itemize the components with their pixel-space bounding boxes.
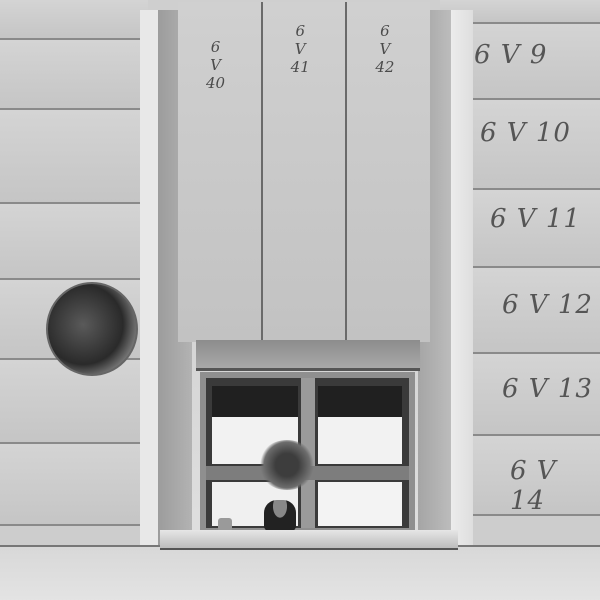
window-lintel [196, 340, 420, 371]
board-marking: 6 V 12 [502, 290, 593, 320]
board-marking: 6 V 11 [490, 204, 581, 234]
board [0, 204, 148, 280]
lower-wall [0, 545, 600, 600]
shutter-plank: 6 V 41 [263, 2, 348, 342]
window-sill [160, 530, 458, 550]
plant [258, 440, 316, 490]
board [0, 444, 148, 526]
board [0, 40, 148, 110]
shutter-plank: 6 V 42 [347, 2, 430, 342]
board-marking: 6 V 10 [480, 118, 571, 148]
window-pane [318, 386, 402, 464]
plank-marking: 6 V 40 [206, 38, 225, 92]
shutter-plank: 6 V 40 [178, 2, 263, 342]
window-pane [318, 482, 402, 526]
plank-marking: 6 V 41 [291, 22, 310, 76]
left-siding [0, 0, 148, 545]
plank-marking: 6 V 42 [375, 22, 394, 76]
board [0, 110, 148, 204]
board [0, 0, 148, 40]
photograph: 6 V 9 6 V 10 6 V 11 6 V 12 6 V 13 6 V 14… [0, 0, 600, 600]
picture-medallion [46, 282, 138, 376]
board-marking: 6 V 14 [510, 456, 600, 516]
vase [264, 500, 296, 532]
shutter: 6 V 40 6 V 41 6 V 42 [178, 2, 430, 342]
board-marking: 6 V 13 [502, 374, 593, 404]
board-marking: 6 V 9 [474, 40, 547, 70]
